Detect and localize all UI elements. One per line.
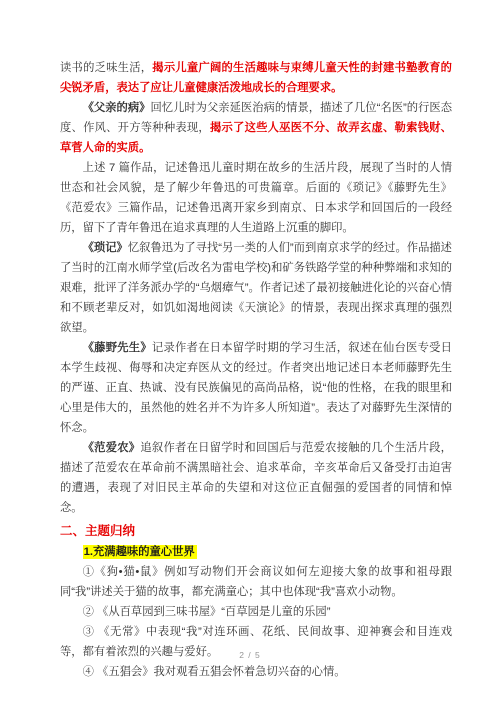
book-title-run: 《琐记》 [83, 242, 128, 254]
book-title-run: 《范爱农》 [83, 442, 141, 454]
paragraph-fathers-illness: 《父亲的病》回忆儿时为父亲延医治病的情景，描述了几位“名医”的行医态度、作风、开… [60, 98, 452, 158]
text-run: 忆叙鲁迅为了寻找“另一类的人们”而到南京求学的经过。作品描述了当时的江南水师学堂… [60, 242, 452, 334]
paragraph-fanainong: 《范爱农》追叙作者在日留学时和回国后与范爱农接触的几个生活片段，描述了范爱农在革… [60, 438, 452, 518]
book-title-run: 《藤野先生》 [83, 342, 152, 354]
book-title-run: 《父亲的病》 [83, 102, 151, 114]
text-run: 记录作者在日本留学时期的学习生活，叙述在仙台医专受日本学生歧视、侮辱和决定弃医从… [60, 342, 452, 434]
list-item-2: ② 《从百草园到三味书屋》“百草园是儿童的乐园” [60, 602, 452, 622]
paragraph-summary: 上述 7 篇作品，记述鲁迅儿童时期在故乡的生活片段，展现了当时的人情世态和社会风… [60, 158, 452, 238]
paragraph-continuation: 读书的乏味生活，揭示儿童广阔的生活趣味与束缚儿童天性的封建书塾教育的尖锐矛盾，表… [60, 58, 452, 98]
highlighted-subtitle-line: 1.充满趣味的童心世界 [60, 542, 452, 562]
highlighted-subtitle: 1.充满趣味的童心世界 [83, 545, 197, 559]
paragraph-suoji: 《琐记》忆叙鲁迅为了寻找“另一类的人们”而到南京求学的经过。作品描述了当时的江南… [60, 238, 452, 338]
document-content: 读书的乏味生活，揭示儿童广阔的生活趣味与束缚儿童天性的封建书塾教育的尖锐矛盾，表… [60, 58, 452, 682]
text-run: 上述 7 篇作品，记述鲁迅儿童时期在故乡的生活片段，展现了当时的人情世态和社会风… [60, 162, 452, 234]
section-heading: 二、主题归纳 [60, 521, 452, 541]
page-number: 2 / 5 [0, 650, 500, 660]
document-page: 读书的乏味生活，揭示儿童广阔的生活趣味与束缚儿童天性的封建书塾教育的尖锐矛盾，表… [0, 0, 500, 705]
text-run: ④ 《五猖会》我对观看五猖会怀着急切兴奋的心情。 [83, 666, 346, 678]
text-run: ①《狗•猫•鼠》例如写动物们开会商议如何左迎接大象的故事和祖母跟同“我”讲述关于… [60, 566, 452, 598]
list-item-4: ④ 《五猖会》我对观看五猖会怀着急切兴奋的心情。 [60, 662, 452, 682]
list-item-1: ①《狗•猫•鼠》例如写动物们开会商议如何左迎接大象的故事和祖母跟同“我”讲述关于… [60, 562, 452, 602]
text-run: 读书的乏味生活， [60, 62, 152, 74]
paragraph-tengye: 《藤野先生》记录作者在日本留学时期的学习生活，叙述在仙台医专受日本学生歧视、侮辱… [60, 338, 452, 438]
text-run: ② 《从百草园到三味书屋》“百草园是儿童的乐园” [83, 606, 331, 618]
